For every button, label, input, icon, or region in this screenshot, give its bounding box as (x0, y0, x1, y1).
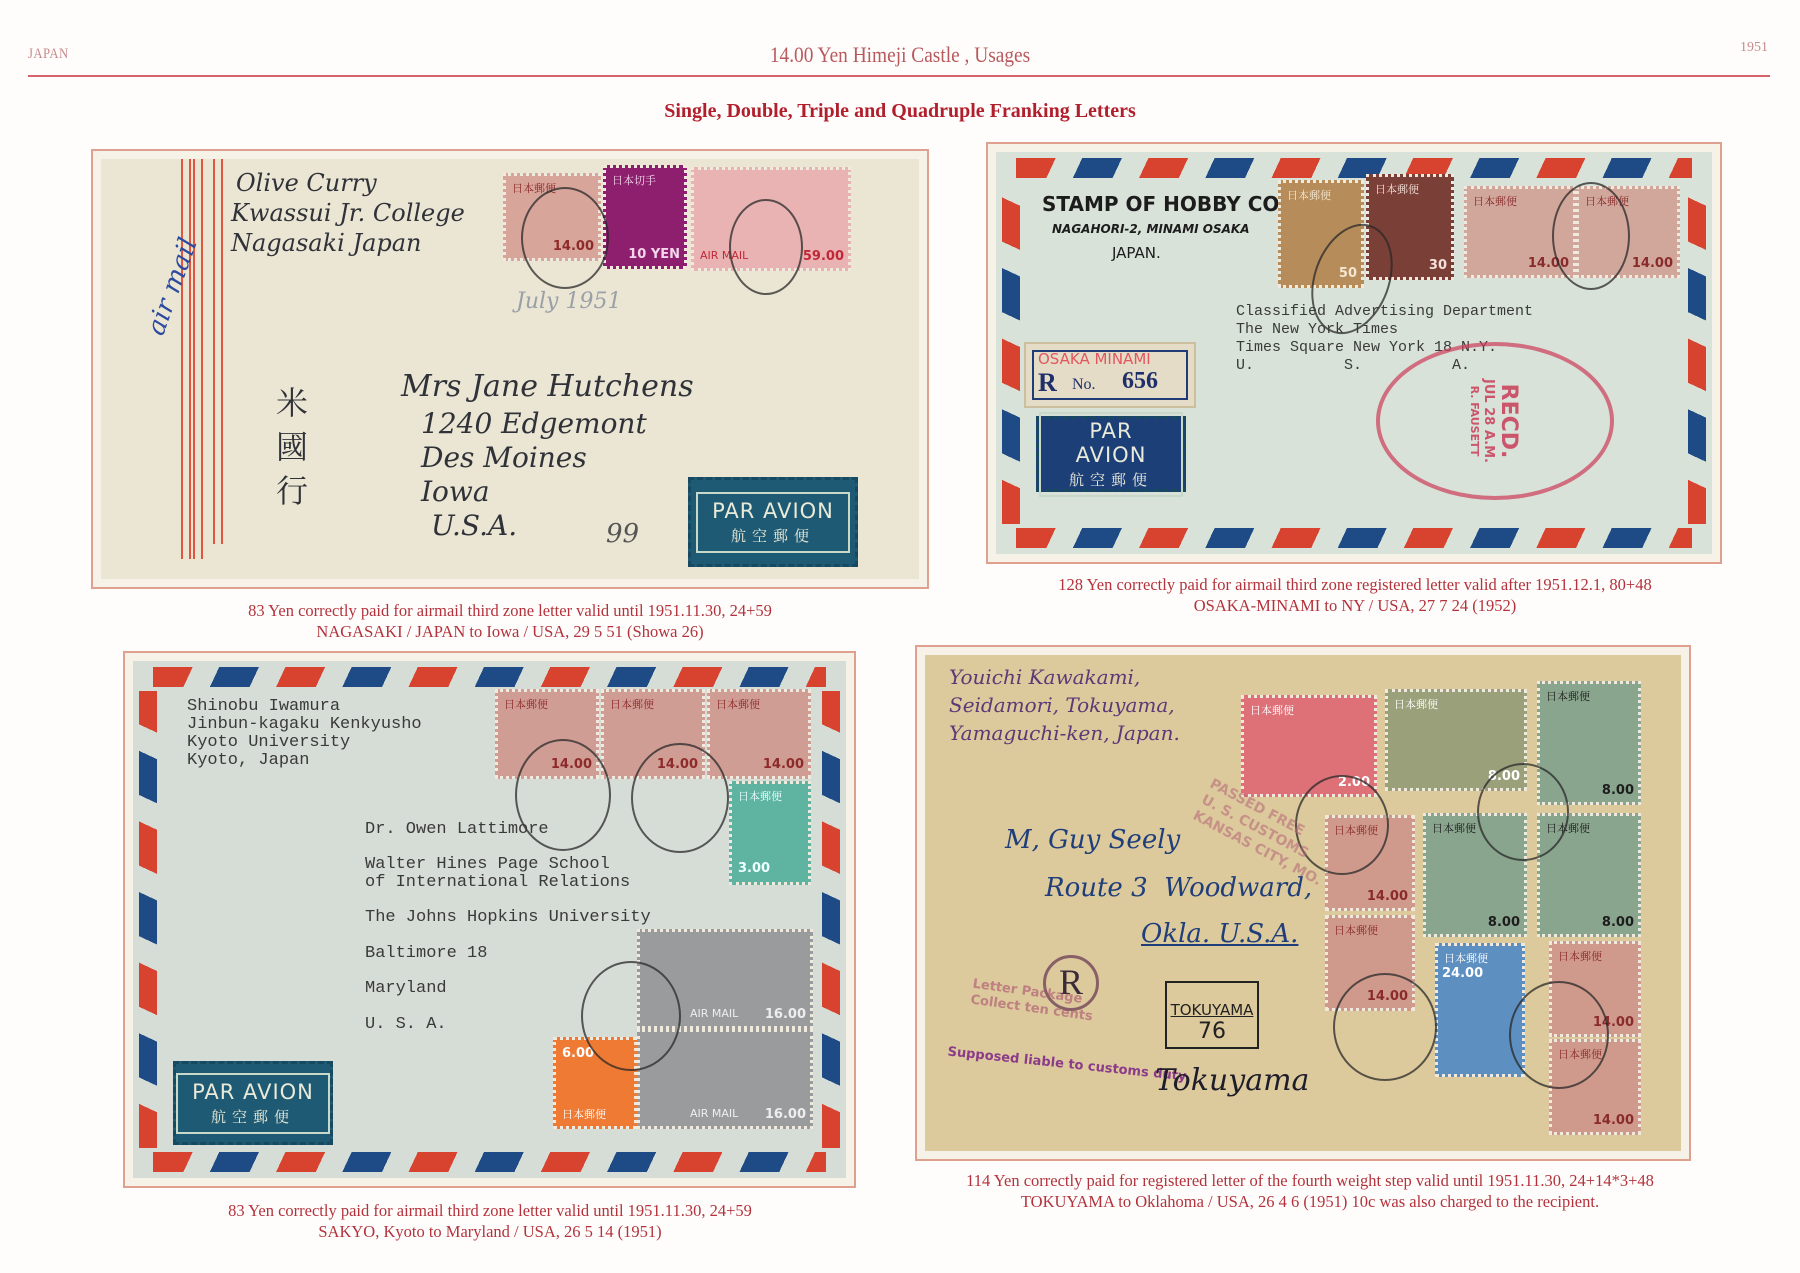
cover-frame-osaka: STAMP OF HOBBY CO., NAGAHORI-2, MINAMI O… (986, 142, 1722, 564)
received-handstamp: RECD. JUL 28 A.M. R. FAUSETT (1376, 342, 1614, 500)
recipient-line: 1240 Edgemont (421, 407, 647, 440)
sender-line: Youichi Kawakami, (949, 665, 1140, 689)
par-avion-label: PAR AVION航空郵便 (173, 1061, 333, 1145)
recipient-line: Route 3 Woodward, (1045, 873, 1312, 903)
stamp-himeji-castle: 日本郵便14.00 (707, 689, 811, 779)
postmark (1477, 763, 1569, 861)
office-box: TOKUYAMA 76 (1165, 981, 1259, 1049)
caption-nagasaki: 83 Yen correctly paid for airmail third … (91, 600, 929, 642)
sender-company: STAMP OF HOBBY CO., (1042, 192, 1294, 216)
stamp-worker: 日本郵便3.00 (729, 781, 811, 885)
sender-line: Kyoto, Japan (187, 751, 309, 770)
caption-osaka: 128 Yen correctly paid for airmail third… (960, 574, 1750, 616)
stamp-waterfall: 日本郵便24.00 (1435, 943, 1525, 1077)
postmark (1552, 182, 1630, 290)
cover-frame-nagasaki: air mail Olive Curry Kwassui Jr. College… (91, 149, 929, 589)
recipient-line: Mrs Jane Hutchens (401, 369, 694, 404)
recipient-line: The Johns Hopkins University (365, 908, 651, 927)
page-subtitle: Single, Double, Triple and Quadruple Fra… (0, 100, 1800, 123)
airmail-stripe (213, 159, 223, 544)
cover-frame-kyoto: Shinobu Iwamura Jinbun-kagaku Kenkyusho … (123, 651, 856, 1188)
header-year: 1951 (1740, 40, 1768, 56)
cover-frame-tokuyama: Youichi Kawakami, Seidamori, Tokuyama, Y… (915, 645, 1691, 1161)
recipient-line: Okla. U.S.A. (1141, 919, 1298, 949)
sender-line: Jinbun-kagaku Kenkyusho (187, 715, 422, 734)
kanji-destination: 米 國 行 (276, 381, 308, 513)
sender-line: Kyoto University (187, 733, 350, 752)
sender-address: NAGAHORI-2, MINAMI OSAKA (1052, 222, 1250, 236)
signature: Tokuyama (1155, 1063, 1309, 1098)
airmail-stripe (193, 159, 203, 559)
header-country: JAPAN (28, 46, 69, 63)
envelope-tokuyama: Youichi Kawakami, Seidamori, Tokuyama, Y… (925, 655, 1681, 1151)
stamp-flowers: 日本切手10 YEN (603, 165, 687, 269)
recipient-line: Classified Advertising Department (1236, 302, 1533, 321)
registration-no-label: No. (1072, 376, 1096, 394)
customs-duty-handstamp: Supposed liable to customs duty (947, 1045, 1187, 1085)
caption-kyoto: 83 Yen correctly paid for airmail third … (110, 1200, 870, 1242)
postmark (1333, 973, 1437, 1081)
sender-line: Shinobu Iwamura (187, 697, 340, 716)
registration-office: OSAKA MINAMI (1038, 350, 1151, 368)
recipient-line: of International Relations (365, 873, 630, 892)
par-avion-label: PAR AVION航空郵便 (688, 477, 858, 567)
recipient-line: Des Moines (421, 441, 587, 474)
recipient-line: U.S.A. (431, 509, 517, 542)
sender-line: Olive Curry (236, 169, 377, 197)
sender-line: Seidamori, Tokuyama, (949, 693, 1175, 717)
recipient-line: Walter Hines Page School (365, 855, 610, 874)
recipient-line: Iowa (421, 475, 490, 508)
caption-tokuyama: 114 Yen correctly paid for registered le… (880, 1170, 1740, 1212)
postmark (631, 743, 729, 853)
recipient-line: Dr. Owen Lattimore (365, 820, 549, 839)
registration-label: OSAKA MINAMI R No. 656 (1024, 342, 1196, 408)
postmark (521, 187, 609, 289)
envelope-kyoto: Shinobu Iwamura Jinbun-kagaku Kenkyusho … (133, 661, 846, 1178)
recipient-line: The New York Times (1236, 320, 1398, 339)
header-rule (28, 75, 1770, 77)
recipient-line: Maryland (365, 979, 447, 998)
recipient-line: Baltimore 18 (365, 944, 487, 963)
registration-number: 656 (1122, 368, 1158, 395)
sender-line: Yamaguchi-ken, Japan. (949, 721, 1180, 745)
postmark (1509, 981, 1609, 1089)
envelope-osaka: STAMP OF HOBBY CO., NAGAHORI-2, MINAMI O… (996, 152, 1712, 554)
sender-country: JAPAN. (1112, 244, 1161, 262)
recipient-line: U. S. A. (365, 1015, 447, 1034)
recipient-line: M, Guy Seely (1005, 825, 1180, 855)
registration-prefix: R (1038, 368, 1057, 398)
sender-line: Kwassui Jr. College (231, 199, 465, 227)
pencil-date-note: July 1951 (516, 289, 621, 314)
postmark (729, 199, 803, 295)
airmail-stripe (181, 159, 191, 559)
page-title: 14.00 Yen Himeji Castle , Usages (108, 42, 1692, 68)
postmark (581, 961, 681, 1071)
sender-line: Nagasaki Japan (231, 229, 422, 257)
envelope-nagasaki: air mail Olive Curry Kwassui Jr. College… (101, 159, 919, 579)
pencil-number-note: 99 (606, 519, 639, 549)
par-avion-label: PAR AVION航空郵便 (1036, 416, 1186, 492)
